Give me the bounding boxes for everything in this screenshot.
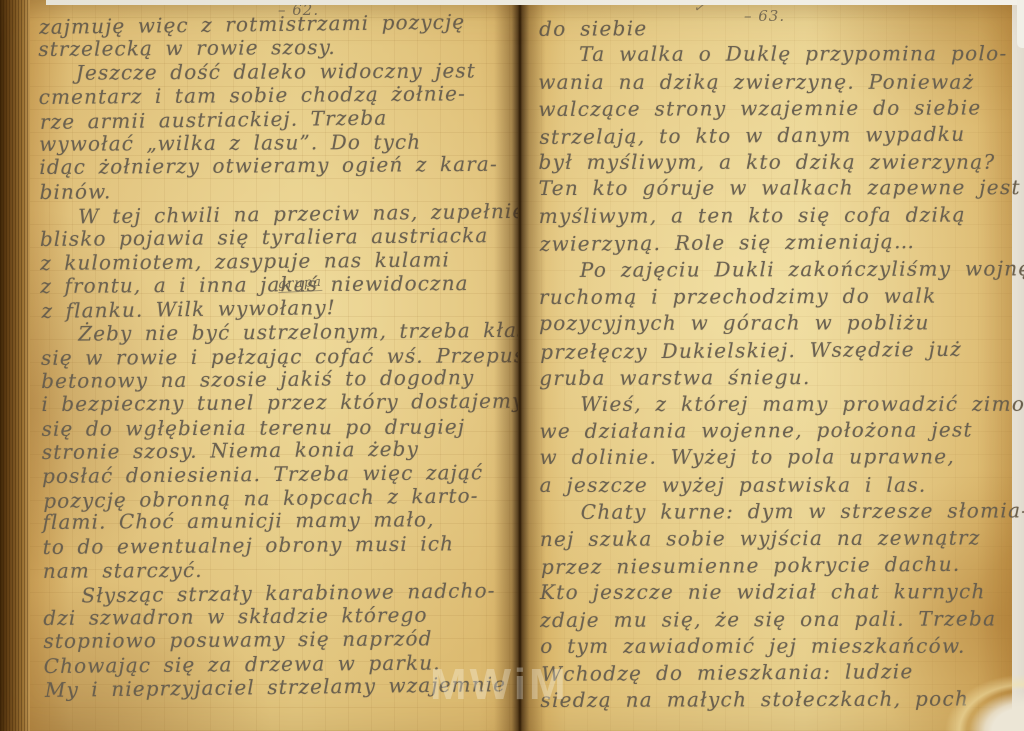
handwritten-line: myśliwym, a ten kto się cofa dziką — [539, 203, 1009, 232]
handwritten-line: się w rowie i pełzając cofać wś. Przepus… — [41, 343, 515, 369]
handwritten-line: we działania wojenne, położona jest — [539, 418, 1009, 447]
handwritten-line: strzelecką w rowie szosy. — [38, 33, 512, 60]
handwritten-line: to do ewentualnej obrony musi ich — [43, 531, 517, 559]
handwritten-line: w dolinie. Wyżej to pola uprawne, — [540, 444, 1010, 472]
handwritten-line: ruchomą i przechodzimy do walk — [539, 283, 1009, 312]
page-left: – 62. zajmuję więc z rotmistrzami pozycj… — [26, 0, 518, 731]
scan-edge-right — [1017, 0, 1024, 48]
handwritten-line: wania na dziką zwierzynę. Ponieważ — [538, 69, 1008, 96]
handwritten-line: W tej chwili na przeciw nas, zupełnie — [41, 198, 515, 228]
scan-edge-top — [46, 0, 1024, 5]
handwritten-line: Jeszcze dość daleko widoczny jest — [38, 59, 512, 85]
handwritten-line: a jeszcze wyżej pastwiska i las. — [540, 473, 1010, 500]
page-right: – 63. ✓ do siebie Ta walka o Duklę przyp… — [518, 0, 1012, 731]
handwritten-line: gruba warstwa śniegu. — [539, 364, 1009, 393]
handwritten-line: idąc żołnierzy otwieramy ogień z kara- — [39, 152, 513, 179]
handwritten-line: Po zajęciu Dukli zakończyliśmy wojnę — [539, 256, 1009, 285]
handwritten-line: do siebie — [539, 13, 1009, 43]
handwritten-line: Kto jeszcze nie widział chat kurnych — [540, 579, 1010, 607]
handwritten-line: flami. Choć amunicji mamy mało, — [42, 507, 516, 534]
handwritten-line: My i nieprzyjaciel strzelamy wzajemnie — [45, 672, 519, 702]
handwritten-line: pozycyjnych w górach w pobliżu — [539, 310, 1009, 338]
handwriting-left: zajmuję więc z rotmistrzami pozycjęstrze… — [38, 10, 518, 726]
handwritten-line: Ta walka o Duklę przypomina polo- — [538, 41, 1008, 69]
handwritten-line: był myśliwym, a kto dziką zwierzyną? — [539, 150, 1009, 177]
handwritten-line: o tym zawiadomić jej mieszkańców. — [540, 634, 1010, 661]
handwritten-line: strzelają, to kto w danym wypadku — [539, 121, 1009, 151]
notebook-scan: – 62. zajmuję więc z rotmistrzami pozycj… — [0, 0, 1024, 731]
handwritten-line: zdaje mu się, że się ona pali. Trzeba — [540, 606, 1010, 635]
handwriting-right: do siebie Ta walka o Duklę przypomina po… — [538, 14, 1010, 728]
handwritten-line: i bezpieczny tunel przez który dostajemy — [41, 389, 515, 416]
handwritten-line: stopniowo posuwamy się naprzód — [43, 626, 517, 653]
handwritten-line: nej szuka sobie wyjścia na zewnątrz — [540, 525, 1010, 554]
inserted-word-above-line: grupa — [278, 275, 323, 293]
handwritten-line: Wieś, z której mamy prowadzić zimo- — [539, 392, 1009, 419]
handwritten-line: przełęczy Dukielskiej. Wszędzie już — [540, 336, 1010, 366]
book-binding-edge — [0, 0, 30, 731]
torn-page-corner — [932, 665, 1024, 731]
handwritten-line: się do wgłębienia terenu po drugiej — [42, 414, 516, 440]
handwritten-line: walczące strony wzajemnie do siebie — [538, 95, 1008, 124]
handwritten-line: Chaty kurne: dym w strzesze słomia- — [540, 498, 1010, 527]
handwritten-line: zwierzyną. Role się zmieniają… — [540, 229, 1010, 259]
handwritten-line: przez niesumienne pokrycie dachu. — [541, 551, 1011, 581]
handwritten-line: Ten kto góruje w walkach zapewne jest — [539, 176, 1009, 204]
